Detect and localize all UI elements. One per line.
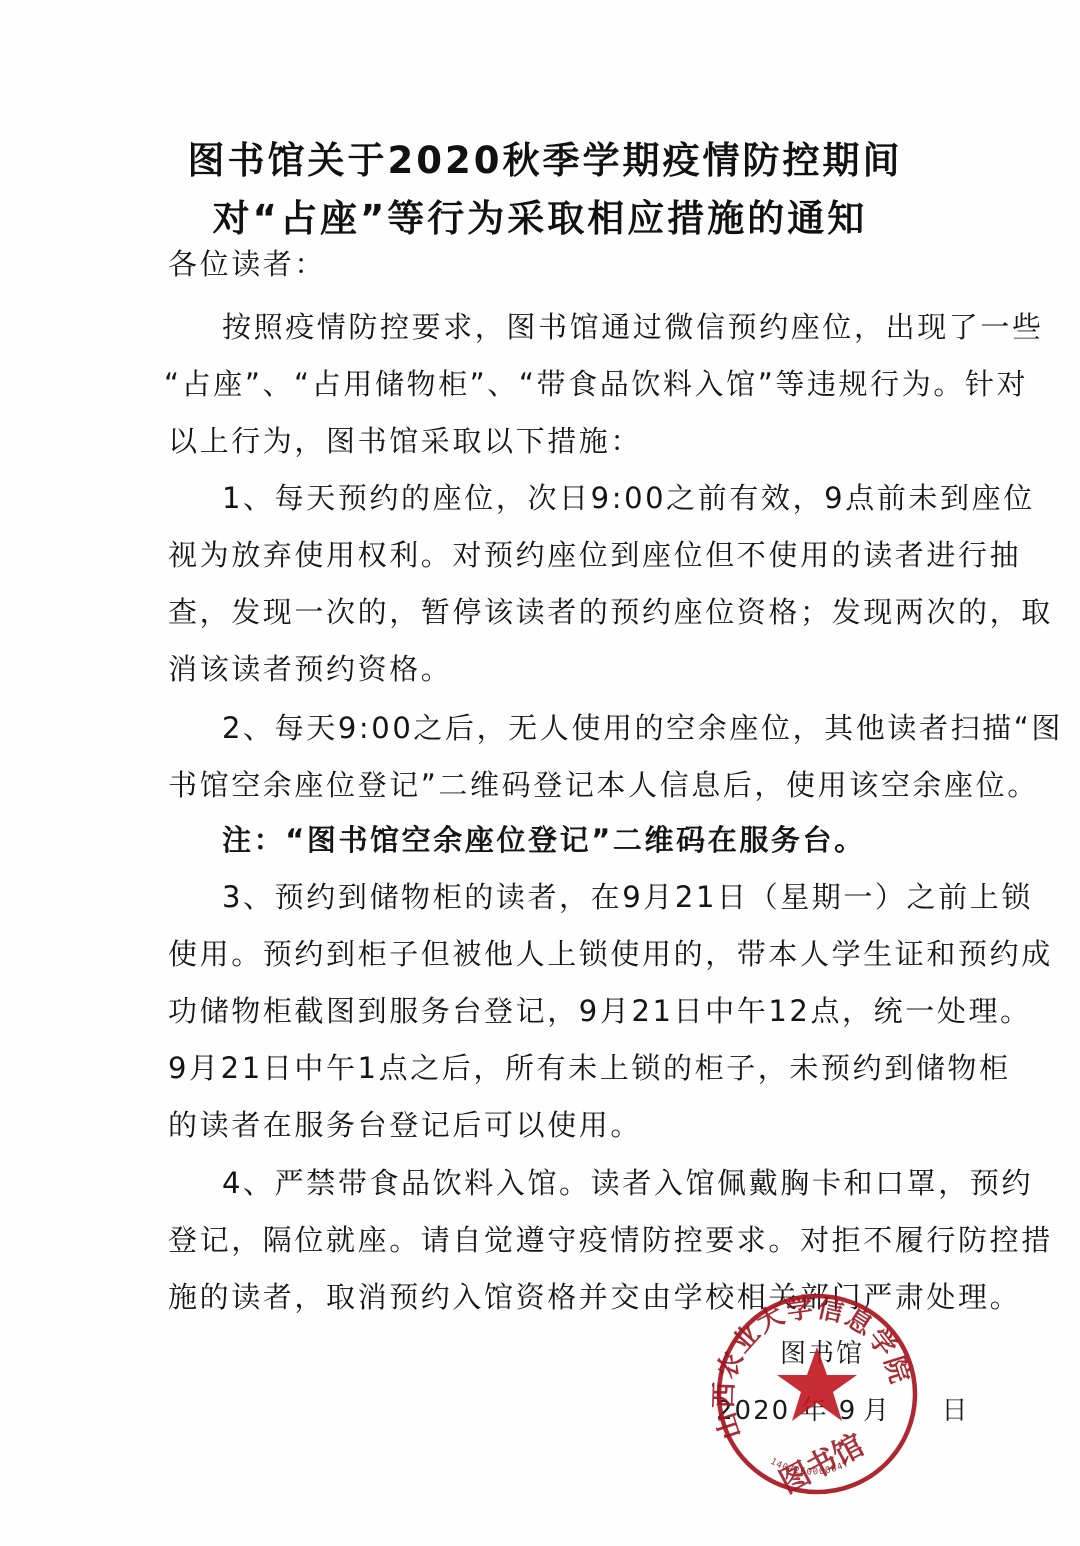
measure-2-line-1: 2、每天9:00之后，无人使用的空余座位，其他读者扫描“图: [222, 708, 1063, 748]
measure-2-line-2: 书馆空余座位登记”二维码登记本人信息后，使用该空余座位。: [168, 765, 1039, 805]
intro-line-3: 以上行为，图书馆采取以下措施：: [168, 421, 642, 461]
document-page: 图书馆关于2020秋季学期疫情防控期间 对“占座”等行为采取相应措施的通知 各位…: [0, 0, 1080, 1546]
intro-line-1: 按照疫情防控要求，图书馆通过微信预约座位，出现了一些: [222, 307, 1044, 347]
measure-3-line-1: 3、预约到储物柜的读者，在9月21日（星期一）之前上锁: [222, 877, 1033, 917]
notice-title-line-2: 对“占座”等行为采取相应措施的通知: [0, 188, 1080, 242]
measure-2-note: 注：“图书馆空余座位登记”二维码在服务台。: [222, 820, 866, 860]
intro-line-2: “占座”、“占用储物柜”、“带食品饮料入馆”等违规行为。针对: [164, 364, 1028, 404]
measure-1-line-1: 1、每天预约的座位，次日9:00之前有效，9点前未到座位: [222, 478, 1035, 518]
measure-4-line-1: 4、严禁带食品饮料入馆。读者入馆佩戴胸卡和口罩，预约: [222, 1163, 1033, 1203]
official-seal-stamp: 山西农业大学信息学院 图书馆 1407260000847: [712, 1285, 922, 1503]
measure-3-line-2: 使用。预约到柜子但被他人上锁使用的，带本人学生证和预约成: [168, 934, 1053, 974]
measure-4-line-2: 登记，隔位就座。请自觉遵守疫情防控要求。对拒不履行防控措: [168, 1220, 1053, 1260]
measure-3-line-5: 的读者在服务台登记后可以使用。: [168, 1105, 642, 1145]
measure-1-line-4: 消该读者预约资格。: [168, 649, 452, 689]
date-day-label: 日: [942, 1396, 970, 1426]
measure-3-line-3: 功储物柜截图到服务台登记，9月21日中午12点，统一处理。: [168, 991, 1032, 1031]
measure-3-line-4: 9月21日中午1点之后，所有未上锁的柜子，未预约到储物柜: [168, 1048, 1011, 1088]
measure-1-line-2: 视为放弃使用权利。对预约座位到座位但不使用的读者进行抽: [168, 535, 1021, 575]
measure-1-line-3: 查，发现一次的，暂停该读者的预约座位资格；发现两次的，取: [168, 592, 1053, 632]
salutation: 各位读者：: [168, 244, 326, 284]
notice-title-line-1: 图书馆关于2020秋季学期疫情防控期间: [5, 130, 1080, 184]
star-icon: [777, 1347, 857, 1421]
